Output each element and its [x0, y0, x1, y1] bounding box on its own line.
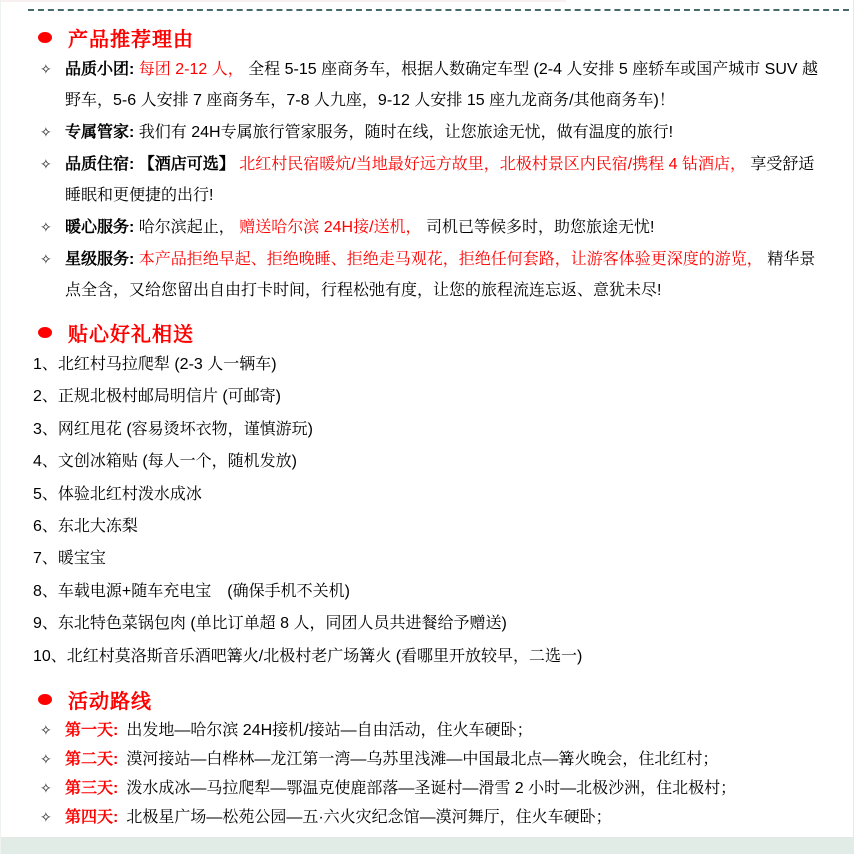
feature-label: 暖心服务: — [65, 219, 134, 236]
feature-content: 星级服务: 本产品拒绝早起、拒绝晚睡、拒绝走马观花，拒绝任何套路，让游客体验更深… — [65, 244, 853, 306]
diamond-icon: ✧ — [40, 212, 65, 243]
day-item-3: ✧ 第三天:泼水成冰—马拉爬犁—鄂温克使鹿部落—圣诞村—滑雪 2 小时—北极沙洲… — [1, 774, 853, 803]
section-title-reasons: 产品推荐理由 — [38, 24, 853, 51]
gift-item: 5、体验北红村泼水成冰 — [33, 479, 853, 511]
day-label: 第一天: — [65, 722, 118, 739]
feature-item-service: ✧ 星级服务: 本产品拒绝早起、拒绝晚睡、拒绝走马观花，拒绝任何套路，让游客体验… — [1, 244, 853, 306]
feature-label: 星级服务: — [65, 251, 134, 268]
day-content: 第四天:北极星广场—松苑公园—五·六火灾纪念馆—漠河舞厅，住火车硬卧； — [65, 803, 853, 832]
feature-text-segment: 每团 2-12 人， — [139, 61, 244, 78]
feature-text-segment: 本产品拒绝早起、拒绝晚睡、拒绝走马观花，拒绝任何套路，让游客体验更深度的游览， — [139, 251, 763, 268]
day-item-4: ✧ 第四天:北极星广场—松苑公园—五·六火灾纪念馆—漠河舞厅，住火车硬卧； — [1, 803, 853, 832]
diamond-icon: ✧ — [40, 149, 65, 180]
feature-label: 专属管家: — [65, 124, 134, 141]
section-gifts: 贴心好礼相送 1、北红村马拉爬犁 (2-3 人一辆车) 2、正规北极村邮局明信片… — [1, 319, 853, 673]
feature-text-segment: 哈尔滨起止， — [139, 219, 235, 236]
section-title-text: 产品推荐理由 — [68, 23, 194, 52]
gift-item: 10、北红村莫洛斯音乐酒吧篝火/北极村老广场篝火 (看哪里开放较早，二选一) — [33, 641, 853, 673]
diamond-icon: ✧ — [40, 774, 65, 803]
section-title-route: 活动路线 — [38, 686, 853, 713]
day-content: 第二天:漠河接站—白桦林—龙江第一湾—乌苏里浅滩—中国最北点—篝火晚会，住北红村… — [65, 745, 853, 774]
section-route: 活动路线 ✧ 第一天:出发地—哈尔滨 24H接机/接站—自由活动，住火车硬卧； … — [1, 686, 853, 854]
day-label: 第二天: — [65, 751, 118, 768]
gift-item: 7、暖宝宝 — [33, 543, 853, 575]
top-divider — [1, 0, 566, 2]
feature-label: 品质住宿: — [65, 156, 134, 173]
feature-item-transfer: ✧ 暖心服务: 哈尔滨起止， 赠送哈尔滨 24H接/送机， 司机已等候多时，助您… — [1, 212, 853, 243]
day-content: 第一天:出发地—哈尔滨 24H接机/接站—自由活动，住火车硬卧； — [65, 716, 853, 745]
diamond-icon: ✧ — [40, 716, 65, 745]
feature-text-segment: 司机已等候多时，助您旅途无忧! — [426, 219, 654, 236]
feature-label: 品质小团: — [65, 61, 134, 78]
gift-list: 1、北红村马拉爬犁 (2-3 人一辆车) 2、正规北极村邮局明信片 (可邮寄) … — [1, 349, 853, 673]
feature-text-segment: 北红村民宿暖炕/当地最好远方故里，北极村景区内民宿/携程 4 钻酒店， — [239, 156, 746, 173]
feature-sublabel: 【酒店可选】 — [139, 156, 235, 173]
gift-item: 6、东北大冻梨 — [33, 511, 853, 543]
section-title-gifts: 贴心好礼相送 — [38, 319, 853, 346]
day-text: 泼水成冰—马拉爬犁—鄂温克使鹿部落—圣诞村—滑雪 2 小时—北极沙洲，住北极村； — [126, 780, 736, 797]
section-title-text: 活动路线 — [68, 685, 152, 714]
feature-content: 暖心服务: 哈尔滨起止， 赠送哈尔滨 24H接/送机， 司机已等候多时，助您旅途… — [65, 212, 853, 243]
feature-item-team: ✧ 品质小团: 每团 2-12 人， 全程 5-15 座商务车，根据人数确定车型… — [1, 54, 853, 116]
diamond-icon: ✧ — [40, 803, 65, 832]
feature-content: 品质小团: 每团 2-12 人， 全程 5-15 座商务车，根据人数确定车型 (… — [65, 54, 853, 116]
section-reasons: 产品推荐理由 ✧ 品质小团: 每团 2-12 人， 全程 5-15 座商务车，根… — [1, 24, 853, 306]
diamond-icon: ✧ — [40, 54, 65, 85]
gift-item: 1、北红村马拉爬犁 (2-3 人一辆车) — [33, 349, 853, 381]
diamond-icon: ✧ — [40, 244, 65, 275]
feature-item-hotel: ✧ 品质住宿: 【酒店可选】 北红村民宿暖炕/当地最好远方故里，北极村景区内民宿… — [1, 149, 853, 211]
gift-item: 9、东北特色菜锅包肉 (单比订单超 8 人，同团人员共进餐给予赠送) — [33, 608, 853, 640]
product-description-page: 产品推荐理由 ✧ 品质小团: 每团 2-12 人， 全程 5-15 座商务车，根… — [0, 0, 854, 854]
feature-text-segment: 赠送哈尔滨 24H接/送机， — [239, 219, 421, 236]
day-text: 北极星广场—松苑公园—五·六火灾纪念馆—漠河舞厅，住火车硬卧； — [126, 809, 611, 826]
red-bullet-icon — [38, 32, 52, 43]
day-label: 第四天: — [65, 809, 118, 826]
day-text: 出发地—哈尔滨 24H接机/接站—自由活动，住火车硬卧； — [126, 722, 532, 739]
feature-text-segment: 我们有 24H专属旅行管家服务，随时在线，让您旅途无忧，做有温度的旅行! — [139, 124, 673, 141]
feature-content: 专属管家: 我们有 24H专属旅行管家服务，随时在线，让您旅途无忧，做有温度的旅… — [65, 117, 853, 148]
day-item-1: ✧ 第一天:出发地—哈尔滨 24H接机/接站—自由活动，住火车硬卧； — [1, 716, 853, 745]
red-bullet-icon — [38, 327, 52, 338]
day-text: 漠河接站—白桦林—龙江第一湾—乌苏里浅滩—中国最北点—篝火晚会，住北红村； — [126, 751, 718, 768]
red-bullet-icon — [38, 694, 52, 705]
gift-item: 3、网红甩花 (容易烫坏衣物，谨慎游玩) — [33, 414, 853, 446]
diamond-icon: ✧ — [40, 745, 65, 774]
day-item-2: ✧ 第二天:漠河接站—白桦林—龙江第一湾—乌苏里浅滩—中国最北点—篝火晚会，住北… — [1, 745, 853, 774]
dashed-divider — [28, 9, 849, 11]
day-content: 第三天:泼水成冰—马拉爬犁—鄂温克使鹿部落—圣诞村—滑雪 2 小时—北极沙洲，住… — [65, 774, 853, 803]
diamond-icon: ✧ — [40, 117, 65, 148]
gift-item: 8、车载电源+随车充电宝 (确保手机不关机) — [33, 576, 853, 608]
feature-content: 品质住宿: 【酒店可选】 北红村民宿暖炕/当地最好远方故里，北极村景区内民宿/携… — [65, 149, 853, 211]
section-title-text: 贴心好礼相送 — [68, 318, 194, 347]
day-label: 第三天: — [65, 780, 118, 797]
gift-item: 2、正规北极村邮局明信片 (可邮寄) — [33, 381, 853, 413]
gift-item: 4、文创冰箱贴 (每人一个，随机发放) — [33, 446, 853, 478]
footer-bar — [1, 837, 853, 854]
feature-item-butler: ✧ 专属管家: 我们有 24H专属旅行管家服务，随时在线，让您旅途无忧，做有温度… — [1, 117, 853, 148]
